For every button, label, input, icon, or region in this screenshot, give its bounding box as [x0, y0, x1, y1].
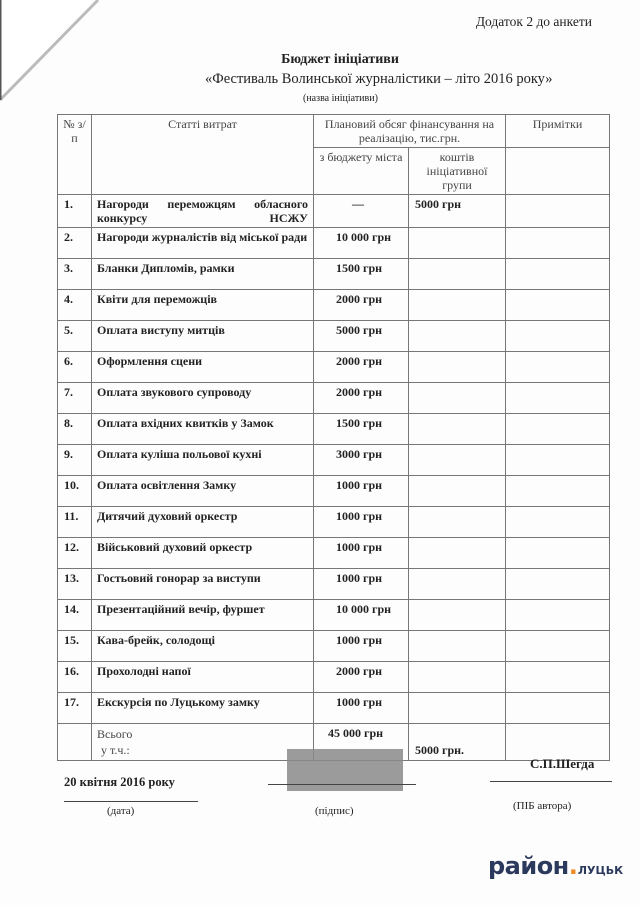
row-city-amount: 10 000 грн	[314, 228, 409, 259]
row-notes	[506, 569, 610, 600]
header-num: № з/п	[58, 115, 92, 195]
row-city-amount: 2000 грн	[314, 352, 409, 383]
row-item: Прохолодні напої	[92, 662, 314, 693]
row-num: 13.	[58, 569, 92, 600]
row-group-amount: 5000 грн	[409, 195, 506, 228]
row-city-amount: 2000 грн	[314, 290, 409, 321]
row-notes	[506, 259, 610, 290]
row-notes	[506, 228, 610, 259]
header-item: Статті витрат	[92, 115, 314, 195]
header-city-budget: з бюджету міста	[314, 148, 409, 195]
row-city-amount: 10 000 грн	[314, 600, 409, 631]
row-notes	[506, 600, 610, 631]
row-num: 10.	[58, 476, 92, 507]
row-city-amount: —	[314, 195, 409, 228]
row-group-amount	[409, 693, 506, 724]
row-group-amount	[409, 321, 506, 352]
table-row: 6.Оформлення сцени2000 грн	[58, 352, 610, 383]
total-label: Всього у т.ч.:	[92, 724, 314, 761]
row-city-amount: 5000 грн	[314, 321, 409, 352]
row-notes	[506, 538, 610, 569]
row-item: Нагороди переможцям обласного конкурсу Н…	[92, 195, 314, 228]
row-city-amount: 2000 грн	[314, 383, 409, 414]
row-notes	[506, 321, 610, 352]
row-num: 9.	[58, 445, 92, 476]
total-notes	[506, 724, 610, 761]
row-city-amount: 1000 грн	[314, 693, 409, 724]
row-num: 4.	[58, 290, 92, 321]
signature-caption: (підпис)	[315, 805, 354, 817]
author-name: С.П.Шегда	[530, 756, 594, 772]
row-city-amount: 1500 грн	[314, 414, 409, 445]
table-row: 10.Оплата освітлення Замку1000 грн	[58, 476, 610, 507]
row-num: 3.	[58, 259, 92, 290]
author-caption: (ПІБ автора)	[513, 800, 571, 812]
row-notes	[506, 693, 610, 724]
table-row: 16.Прохолодні напої2000 грн	[58, 662, 610, 693]
row-group-amount	[409, 290, 506, 321]
total-group: 5000 грн.	[409, 724, 506, 761]
table-row: 8.Оплата вхідних квитків у Замок1500 грн	[58, 414, 610, 445]
row-group-amount	[409, 507, 506, 538]
row-notes	[506, 631, 610, 662]
row-notes	[506, 414, 610, 445]
addendum-label: Додаток 2 до анкети	[476, 14, 592, 30]
row-city-amount: 1000 грн	[314, 476, 409, 507]
row-notes	[506, 507, 610, 538]
date-caption: (дата)	[107, 805, 134, 817]
table-row: 11.Дитячий духовий оркестр1000 грн	[58, 507, 610, 538]
row-item: Оформлення сцени	[92, 352, 314, 383]
row-num: 16.	[58, 662, 92, 693]
table-row: 3.Бланки Дипломів, рамки1500 грн	[58, 259, 610, 290]
row-item: Квіти для переможців	[92, 290, 314, 321]
row-num: 11.	[58, 507, 92, 538]
date-line	[64, 801, 198, 802]
row-city-amount: 3000 грн	[314, 445, 409, 476]
row-notes	[506, 445, 610, 476]
row-num: 1.	[58, 195, 92, 228]
table-row: 4.Квіти для переможців2000 грн	[58, 290, 610, 321]
row-item: Гостьовий гонорар за виступи	[92, 569, 314, 600]
rayon-lutsk-logo: район.ЛУЦЬК	[488, 852, 623, 880]
table-row: 13.Гостьовий гонорар за виступи1000 грн	[58, 569, 610, 600]
total-label-line1: Всього	[97, 726, 308, 742]
row-item: Презентаційний вечір, фуршет	[92, 600, 314, 631]
row-city-amount: 1000 грн	[314, 631, 409, 662]
row-notes	[506, 662, 610, 693]
row-notes	[506, 476, 610, 507]
row-group-amount	[409, 259, 506, 290]
row-num: 17.	[58, 693, 92, 724]
budget-table: № з/п Статті витрат Плановий обсяг фінан…	[57, 114, 610, 761]
row-notes	[506, 383, 610, 414]
table-row: 15.Кава-брейк, солодощі1000 грн	[58, 631, 610, 662]
row-item: Оплата освітлення Замку	[92, 476, 314, 507]
header-group-funds: коштів ініціативної групи	[409, 148, 506, 195]
row-item: Оплата вхідних квитків у Замок	[92, 414, 314, 445]
row-item: Екскурсія по Луцькому замку	[92, 693, 314, 724]
row-num: 2.	[58, 228, 92, 259]
row-city-amount: 1500 грн	[314, 259, 409, 290]
row-num: 6.	[58, 352, 92, 383]
total-label-line2: у т.ч.:	[97, 742, 308, 758]
logo-brand: район	[488, 852, 569, 880]
author-line	[490, 781, 612, 782]
row-item: Дитячий духовий оркестр	[92, 507, 314, 538]
row-num: 14.	[58, 600, 92, 631]
row-item: Нагороди журналістів від міської ради	[92, 228, 314, 259]
row-num: 8.	[58, 414, 92, 445]
row-notes	[506, 352, 610, 383]
row-city-amount: 2000 грн	[314, 662, 409, 693]
row-city-amount: 1000 грн	[314, 569, 409, 600]
row-group-amount	[409, 445, 506, 476]
total-num	[58, 724, 92, 761]
row-group-amount	[409, 569, 506, 600]
row-city-amount: 1000 грн	[314, 507, 409, 538]
logo-city: ЛУЦЬК	[578, 864, 623, 877]
row-group-amount	[409, 228, 506, 259]
table-row: 12.Військовий духовий оркестр1000 грн	[58, 538, 610, 569]
row-notes	[506, 195, 610, 228]
initiative-name-caption: (назва ініціативи)	[303, 93, 378, 104]
row-num: 7.	[58, 383, 92, 414]
table-row: 17.Екскурсія по Луцькому замку1000 грн	[58, 693, 610, 724]
row-notes	[506, 290, 610, 321]
signature-line	[268, 784, 416, 785]
row-item: Бланки Дипломів, рамки	[92, 259, 314, 290]
initiative-name: «Фестиваль Волинської журналістики – літ…	[205, 71, 553, 88]
row-num: 15.	[58, 631, 92, 662]
row-item: Оплата виступу митців	[92, 321, 314, 352]
row-group-amount	[409, 538, 506, 569]
row-num: 12.	[58, 538, 92, 569]
table-row: 5.Оплата виступу митців5000 грн	[58, 321, 610, 352]
header-notes-blank	[506, 148, 610, 195]
table-row: 7.Оплата звукового супроводу2000 грн	[58, 383, 610, 414]
header-notes: Примітки	[506, 115, 610, 148]
date-value: 20 квітня 2016 року	[64, 775, 175, 790]
table-row: 14.Презентаційний вечір, фуршет10 000 гр…	[58, 600, 610, 631]
row-city-amount: 1000 грн	[314, 538, 409, 569]
row-group-amount	[409, 476, 506, 507]
row-item: Кава-брейк, солодощі	[92, 631, 314, 662]
table-row: 1.Нагороди переможцям обласного конкурсу…	[58, 195, 610, 228]
row-group-amount	[409, 352, 506, 383]
row-num: 5.	[58, 321, 92, 352]
row-group-amount	[409, 414, 506, 445]
table-row: 9.Оплата куліша польової кухні3000 грн	[58, 445, 610, 476]
header-funding: Плановий обсяг фінансування на реалізаці…	[314, 115, 506, 148]
row-group-amount	[409, 631, 506, 662]
row-item: Військовий духовий оркестр	[92, 538, 314, 569]
document-title: Бюджет ініціативи	[0, 52, 640, 68]
row-group-amount	[409, 662, 506, 693]
row-item: Оплата звукового супроводу	[92, 383, 314, 414]
logo-dot: .	[569, 852, 578, 880]
row-group-amount	[409, 383, 506, 414]
row-group-amount	[409, 600, 506, 631]
row-item: Оплата куліша польової кухні	[92, 445, 314, 476]
table-row: 2.Нагороди журналістів від міської ради1…	[58, 228, 610, 259]
